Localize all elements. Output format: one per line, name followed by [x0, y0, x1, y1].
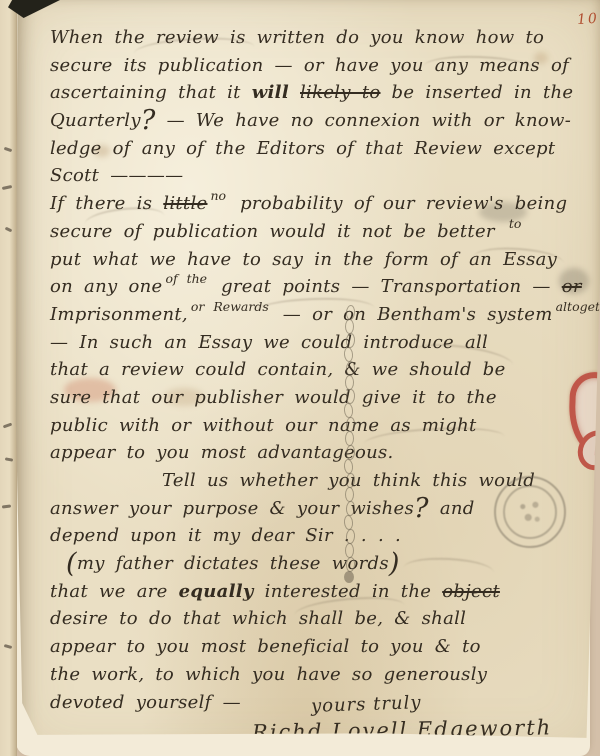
text-segment: that a review could contain, & we should… [50, 359, 506, 380]
text-segment: my father dictates these words [77, 553, 389, 574]
text-segment: object [442, 581, 500, 602]
text-segment: will [252, 82, 289, 103]
text-segment: and [429, 498, 475, 519]
manuscript-line: that a review could contain, & we should… [50, 356, 592, 384]
manuscript-line: on any oneof the great points — Transpor… [50, 273, 592, 301]
text-segment: — or on Bentham's system [272, 304, 553, 325]
text-segment: be inserted in the [381, 82, 574, 103]
manuscript-line: ledge of any of the Editors of that Revi… [50, 135, 592, 163]
manuscript-line: put what we have to say in the form of a… [50, 246, 592, 274]
letter-closing: yours truly [311, 692, 422, 717]
text-segment: or Rewards [191, 299, 269, 314]
chain-link [343, 515, 353, 531]
binding-edge [0, 0, 17, 756]
text-segment: probability of our review's being [229, 193, 567, 214]
text-segment: answer your purpose & your wishes [50, 498, 414, 519]
text-segment: little [163, 193, 207, 214]
text-segment: — In such an Essay we could introduce al… [50, 332, 488, 353]
text-segment: public with or without our name as might [50, 415, 477, 436]
chain-link [345, 333, 355, 349]
text-segment: to [509, 216, 522, 231]
manuscript-line: Imprisonment,or Rewards — or on Bentham'… [50, 301, 592, 329]
manuscript-line: Quarterly? — We have no connexion with o… [50, 107, 592, 135]
chain-link [345, 543, 354, 558]
text-segment: Imprisonment, [50, 304, 188, 325]
chain-link [345, 375, 354, 390]
chain-link [345, 417, 355, 433]
text-segment: that we are [50, 581, 179, 602]
manuscript-line: If there is littleno probability of our … [50, 190, 592, 218]
manuscript-line: desire to do that which shall be, & shal… [50, 605, 592, 633]
manuscript-page: When the review is written do you know h… [14, 0, 600, 756]
chain-link [345, 529, 355, 545]
text-segment: ) [389, 548, 400, 579]
chain-link [345, 389, 355, 405]
manuscript-line: secure its publication — or have you any… [50, 52, 592, 80]
chain-link [343, 347, 353, 363]
chain-link [345, 473, 355, 489]
chain-link [345, 361, 355, 377]
letter-body: When the review is written do you know h… [50, 24, 592, 716]
pencil-chain-doodle [343, 306, 355, 556]
text-segment: If there is [50, 193, 163, 214]
text-segment: great points — Transportation — [210, 276, 562, 297]
chain-link [345, 487, 354, 502]
text-segment: secure its publication — or have you any… [50, 55, 569, 76]
text-segment: ( [66, 548, 77, 579]
text-segment: Scott ———— [50, 165, 183, 186]
text-segment: no [210, 188, 226, 203]
postmark-stamp [494, 476, 566, 548]
text-segment: of the [165, 271, 207, 286]
manuscript-line: appear to you most advantageous. [50, 439, 592, 467]
manuscript-line: Scott ———— [50, 162, 592, 190]
text-segment: equally [179, 581, 254, 602]
text-segment: on any one [50, 276, 162, 297]
text-segment: ledge of any of the Editors of that Revi… [50, 138, 555, 159]
text-segment: — We have no connexion with or know- [156, 110, 572, 131]
chain-link [343, 403, 353, 419]
text-segment: interested in the [254, 581, 443, 602]
text-segment: altogether [556, 299, 600, 314]
chain-link [345, 445, 355, 461]
text-segment: the work, to which you have so generousl… [50, 664, 487, 685]
chain-link [345, 319, 354, 334]
manuscript-line: ascertaining that it will likely to be i… [50, 79, 592, 107]
text-segment [289, 82, 300, 103]
manuscript-line: (my father dictates these words) [66, 550, 592, 578]
manuscript-line: that we are equally interested in the ob… [50, 578, 592, 606]
manuscript-line: — In such an Essay we could introduce al… [50, 329, 592, 357]
text-segment: Quarterly [50, 110, 141, 131]
manuscript-photo: When the review is written do you know h… [0, 0, 600, 756]
text-segment: devoted yourself — [50, 692, 241, 713]
manuscript-line: the work, to which you have so generousl… [50, 661, 592, 689]
manuscript-line: appear to you most beneficial to you & t… [50, 633, 592, 661]
text-segment: or [562, 276, 582, 297]
text-segment: ? [141, 105, 156, 136]
chain-end-blob [344, 571, 354, 583]
text-segment: secure of publication would it not be be… [50, 221, 506, 242]
chain-link [345, 501, 355, 517]
text-segment: appear to you most beneficial to you & t… [50, 636, 481, 657]
text-segment: put what we have to say in the form of a… [50, 249, 557, 270]
text-segment: sure that our publisher would give it to… [50, 387, 497, 408]
text-segment: desire to do that which shall be, & shal… [50, 608, 466, 629]
manuscript-line: When the review is written do you know h… [50, 24, 592, 52]
manuscript-line: sure that our publisher would give it to… [50, 384, 592, 412]
manuscript-line: public with or without our name as might [50, 412, 592, 440]
text-segment: likely to [300, 82, 381, 103]
chain-link [345, 305, 355, 321]
text-segment: ascertaining that it [50, 82, 252, 103]
chain-link [343, 459, 353, 475]
folio-number: 101 [576, 10, 600, 28]
chain-link [345, 431, 354, 446]
text-segment: When the review is written do you know h… [50, 27, 544, 48]
manuscript-line: secure of publication would it not be be… [50, 218, 592, 246]
wax-seal [567, 371, 600, 463]
text-segment: ? [414, 493, 429, 524]
